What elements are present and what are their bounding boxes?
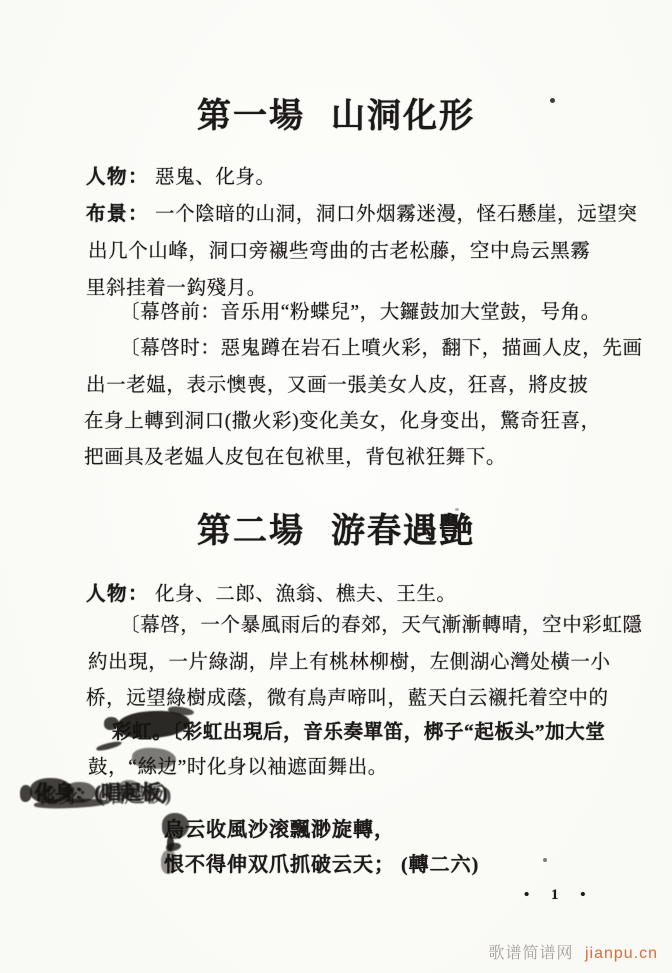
scene1-setting-line-1: 布景：一个陰暗的山洞，洞口外烟霧迷漫，怪石懸崖，远望突 [86,198,637,226]
scene1-cue-curtain-line-4: 把画具及老媪人皮包在包袱里，背包袱狂舞下。 [84,441,506,469]
setting-label: 布景： [86,204,149,225]
scene2-title-number: 第二場 [197,513,305,550]
scene1-cue-curtain-line-1: 〔幕啓时：惡鬼蹲在岩石上噴火彩，翻下，描画人皮，先画 [120,332,643,360]
scene2-cue-line-1: 〔幕啓，一个暴風雨后的春郊，天气漸漸轉晴，空中彩虹隱 [120,609,643,637]
scene2-cue-line-2: 約出現，一片綠湖，岸上有桃林柳樹，左側湖心灣处橫一小 [88,646,611,674]
watermark-site-name: 歌谱简谱网 [488,945,573,962]
setting-text-1: 一个陰暗的山洞，洞口外烟霧迷漫，怪石懸崖，远望突 [155,204,637,225]
scene2-title-name: 游春遇艷 [331,513,475,550]
ink-blot [20,785,32,802]
page-number: • 1 • [524,887,595,904]
scene1-setting-line-2: 出几个山峰，洞口旁襯些弯曲的古老松藤，空中烏云黑霧 [88,235,591,263]
scene2-title: 第二場游春遇艷 [0,503,672,552]
scene1-title-number: 第一場 [197,98,305,135]
verse-line-2: 恨不得伸双爪抓破云天； (轉二六) [164,848,479,877]
cast-label: 人物： [86,584,149,605]
scene2-cue-line-3: 桥，远望綠樹成蔭，微有鳥声啼叫，藍天白云襯托着空中的 [86,682,609,710]
scan-speck [550,98,555,103]
cast-label: 人物： [86,167,149,188]
scan-speck [543,858,547,862]
scene1-cast-line: 人物：惡鬼、化身。 [86,161,276,189]
scan-speck [455,508,459,511]
scanned-script-page: 第一場山洞化形 人物：惡鬼、化身。 布景：一个陰暗的山洞，洞口外烟霧迷漫，怪石懸… [0,0,672,973]
scene1-cue-curtain-line-3: 在身上轉到洞口(撒火彩)变化美女，化身变出，驚奇狂喜， [84,405,601,433]
watermark-site-link[interactable]: jianpu.cn [585,945,658,962]
watermark: 歌谱简谱网 jianpu.cn [488,940,658,963]
scene1-title-name: 山洞化形 [331,98,475,135]
scene1-cast-text: 惡鬼、化身。 [155,167,276,188]
scene1-cue-curtain-line-2: 出一老媪，表示懊喪，又画一張美女人皮，狂喜，將皮披 [86,369,589,397]
verse-line-1: 烏云收風沙滚飄渺旋轉， [164,813,395,842]
scene2-cast-text: 化身、二郎、漁翁、樵夫、王生。 [155,584,457,605]
scene1-title: 第一場山洞化形 [0,88,672,137]
scene1-cue-before-curtain: 〔幕啓前：音乐用“粉蝶兒”，大鑼鼓加大堂鼓，号角。 [120,296,601,324]
scene2-cast-line: 人物：化身、二郎、漁翁、樵夫、王生。 [86,578,457,606]
